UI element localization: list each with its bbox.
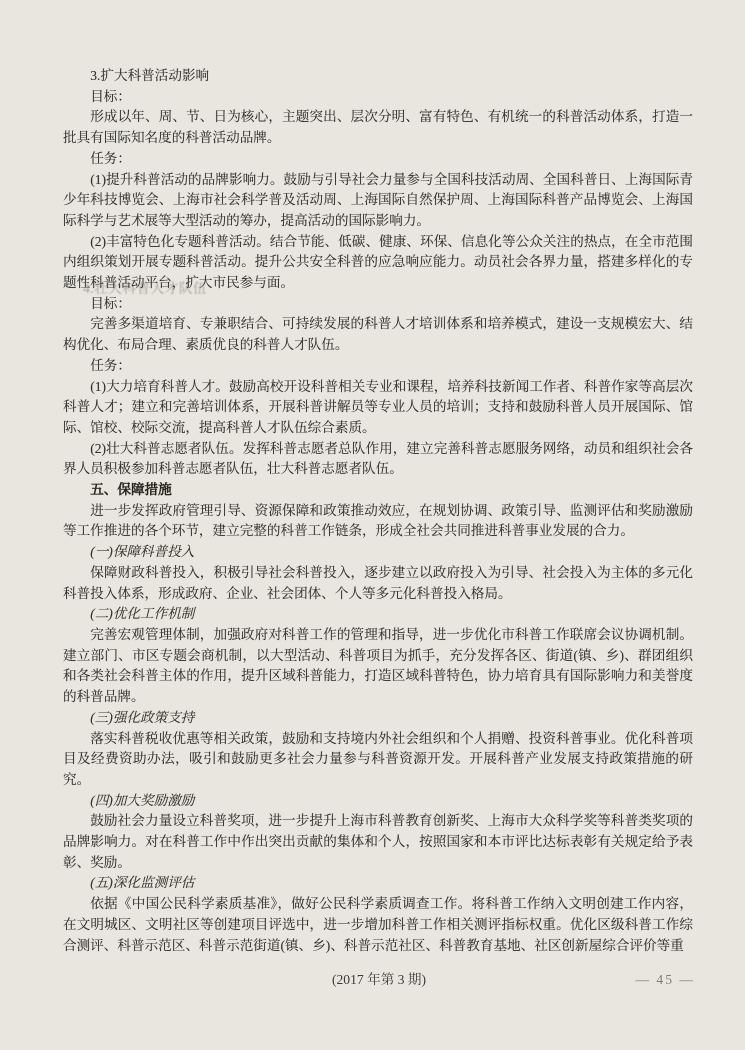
paragraph-ensure-investment: 保障财政科普投入，积极引导社会科普投入，逐步建立以政府投入为引导、社会投入为主体… xyxy=(63,563,693,604)
paragraph-task-1-cultivate-talent: (1)大力培育科普人才。鼓励高校开设科普相关专业和课程，培养科技新闻工作者、科普… xyxy=(63,377,693,439)
goal-label: 目标： xyxy=(63,87,693,108)
paragraph-optimize-mechanism: 完善宏观管理体制，加强政府对科普工作的管理和指导，进一步优化市科普工作联席会议协… xyxy=(63,625,693,708)
document-page: 3.扩大科普活动影响 目标： 形成以年、周、节、日为核心，主题突出、层次分明、富… xyxy=(0,0,745,1050)
paragraph-rewards: 鼓励社会力量设立科普奖项，进一步提升上海市科普教育创新奖、上海市大众科学奖等科普… xyxy=(63,811,693,873)
task-label: 任务： xyxy=(63,356,693,377)
paragraph-text: (2)丰富特色化专题科普活动。结合节能、低碳、健康、环保、信息化等公众关注的热点… xyxy=(63,234,693,290)
subsection-3-strengthen-policy-support: (三)强化政策支持 xyxy=(63,708,693,729)
subsection-2-optimize-mechanism: (二)优化工作机制 xyxy=(63,604,693,625)
task-label: 任务： xyxy=(63,149,693,170)
document-body: 3.扩大科普活动影响 目标： 形成以年、周、节、日为核心，主题突出、层次分明、富… xyxy=(63,66,693,956)
section-heading-5-safeguard-measures: 五、保障措施 xyxy=(63,480,693,501)
subsection-1-ensure-investment: (一)保障科普投入 xyxy=(63,542,693,563)
paragraph-policy-support: 落实科普税收优惠等相关政策，鼓励和支持境内外社会组织和个人捐赠、投资科普事业。优… xyxy=(63,729,693,791)
issue-label: (2017 年第 3 期) xyxy=(63,969,695,991)
subsection-5-deepen-monitoring-evaluation: (五)深化监测评估 xyxy=(63,873,693,894)
paragraph-task-2-volunteer-team: (2)壮大科普志愿者队伍。发挥科普志愿者总队作用，建立完善科普志愿服务网络，动员… xyxy=(63,439,693,480)
goal-label: 目标： xyxy=(63,294,693,315)
paragraph-task-1-brand-influence: (1)提升科普活动的品牌影响力。鼓励与引导社会力量参与全国科技活动周、全国科普日… xyxy=(63,170,693,232)
paragraph-talent-training-goal: 完善多渠道培育、专兼职结合、可持续发展的科普人才培训体系和培养模式，建设一支规模… xyxy=(63,314,693,355)
subsection-4-increase-rewards: (四)加大奖励激励 xyxy=(63,791,693,812)
paragraph-monitoring-evaluation: 依据《中国公民科学素质基准》，做好公民科学素质调查工作。将科普工作纳入文明创建工… xyxy=(63,894,693,956)
paragraph-safeguard-overview: 进一步发挥政府管理引导、资源保障和政策推动效应，在规划协调、政策引导、监测评估和… xyxy=(63,501,693,542)
page-number: — 45 — xyxy=(635,969,695,991)
paragraph-task-2-thematic-activities: (2)丰富特色化专题科普活动。结合节能、低碳、健康、环保、信息化等公众关注的热点… xyxy=(63,232,693,294)
paragraph-activity-system-goal: 形成以年、周、节、日为核心，主题突出、层次分明、富有特色、有机统一的科普活动体系… xyxy=(63,107,693,148)
page-footer: (2017 年第 3 期) — 45 — xyxy=(63,969,695,991)
subheading-3-expand-science-activity-influence: 3.扩大科普活动影响 xyxy=(63,66,693,87)
